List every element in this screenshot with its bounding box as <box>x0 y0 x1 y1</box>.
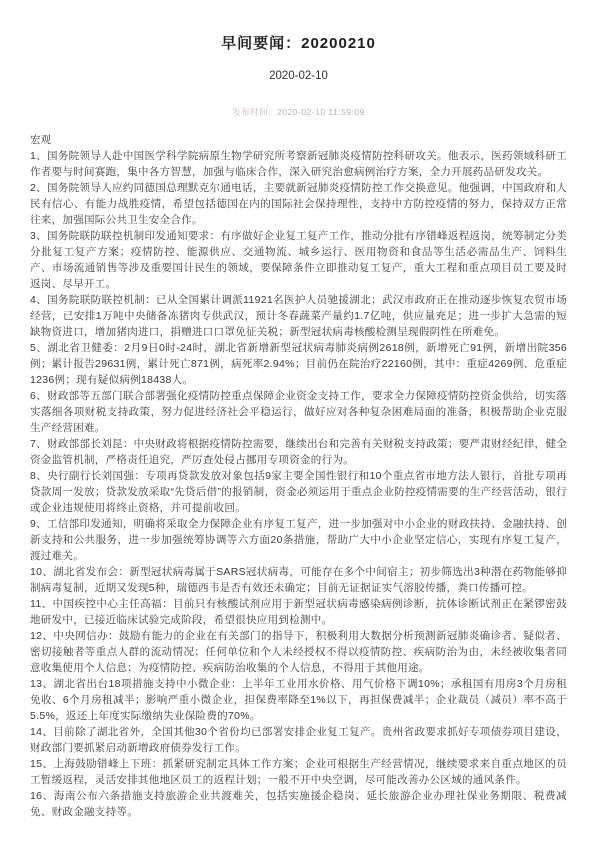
news-item-3: 3、国务院联防联控机制印发通知要求：有序做好企业复工复产工作，推动分批有序错峰返… <box>30 228 567 292</box>
document-date: 2020-02-10 <box>30 70 567 82</box>
news-item-11: 11、中国疾控中心主任高福：目前只有核酸试剂应用于新型冠状病毒感染病例诊断，抗体… <box>30 596 567 628</box>
news-item-13: 13、湖北省出台18项措施支持中小微企业：上半年工业用水价格、用气价格下调10%… <box>30 676 567 724</box>
news-item-6: 6、财政部等五部门联合部署强化疫情防控重点保障企业资金支持工作，要求全力保障疫情… <box>30 388 567 436</box>
document-page: 早间要闻：20200210 2020-02-10 发布时间：2020-02-10… <box>0 0 595 842</box>
section-header-macro: 宏观 <box>30 132 567 148</box>
news-item-1: 1、国务院领导人赴中国医学科学院病原生物学研究所考察新冠肺炎疫情防控科研攻关。他… <box>30 148 567 180</box>
news-item-16: 16、海南公布六条措施支持旅游企业共渡难关，包括实施援企稳岗、延长旅游企业办理社… <box>30 788 567 820</box>
publish-time-label: 发布时间： <box>232 107 277 117</box>
publish-time-value: 2020-02-10 11:59:09 <box>277 107 365 117</box>
news-item-9: 9、工信部印发通知，明确将采取全力保障企业有序复工复产，进一步加强对中小企业的财… <box>30 516 567 564</box>
news-item-7: 7、财政部部长刘昆：中央财政将根据疫情防控需要，继续出台和完善有关财税支持政策；… <box>30 436 567 468</box>
publish-time-line: 发布时间：2020-02-10 11:59:09 <box>30 106 567 118</box>
document-body: 宏观 1、国务院领导人赴中国医学科学院病原生物学研究所考察新冠肺炎疫情防控科研攻… <box>30 132 567 820</box>
news-item-14: 14、目前除了湖北省外，全国其他30个省份均已部署安排企业复工复产。贵州省政要求… <box>30 724 567 756</box>
news-item-10: 10、湖北省发布会：新型冠状病毒属于SARS冠状病毒，可能存在多个中间宿主；初步… <box>30 564 567 596</box>
news-item-2: 2、国务院领导人应约同德国总理默克尔通电话，主要就新冠肺炎疫情防控工作交换意见。… <box>30 180 567 228</box>
page-title: 早间要闻：20200210 <box>30 32 567 53</box>
news-item-12: 12、中央网信办：鼓励有能力的企业在有关部门的指导下，积极利用大数据分析预测新冠… <box>30 628 567 676</box>
news-item-8: 8、央行副行长刘国强：专项再贷款发放对象包括9家主要全国性银行和10个重点省市地… <box>30 468 567 516</box>
news-item-5: 5、湖北省卫健委：2月9日0时-24时，湖北省新增新型冠状病毒肺炎病例2618例… <box>30 340 567 388</box>
news-item-4: 4、国务院联防联控机制：已从全国累计调派11921名医护人员驰援湖北；武汉市政府… <box>30 292 567 340</box>
news-item-15: 15、上海鼓励错峰上下班：抓紧研究制定具体工作方案；企业可根据生产经营情况，继续… <box>30 756 567 788</box>
